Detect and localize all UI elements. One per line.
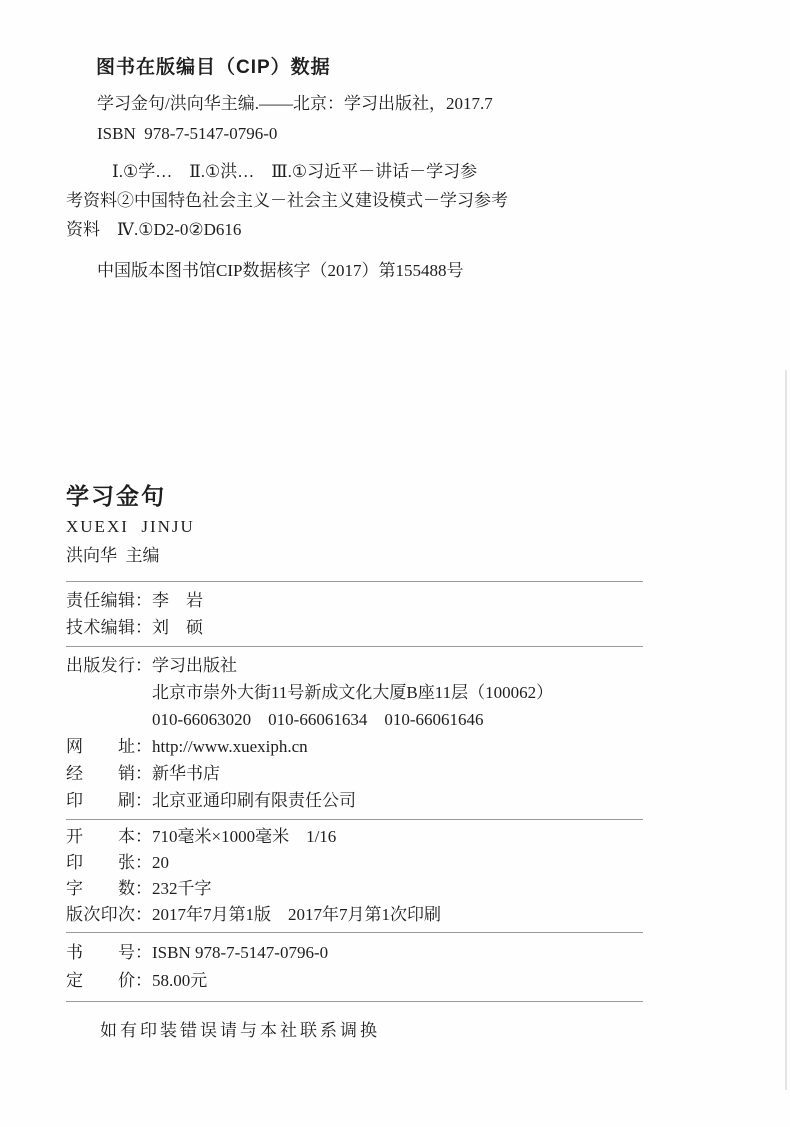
cip-class-line-3: 资料 Ⅳ.①D2-0②D616 (66, 215, 790, 244)
info-row-format: 开本：710毫米×1000毫米 1/16 (66, 824, 790, 850)
label-colon: ： (135, 587, 152, 614)
info-value: 新华书店 (152, 764, 220, 783)
info-row-technical-editor: 技术编辑：刘 硕 (66, 614, 790, 641)
info-label: 责任编辑 (66, 587, 135, 614)
chief-editor: 洪向华 主编 (66, 543, 790, 569)
info-value: 58.00元 (152, 971, 207, 990)
title-block: 学习金句 XUEXI JINJU 洪向华 主编 (66, 481, 790, 569)
info-row-word-count: 字数：232千字 (66, 876, 790, 902)
label-colon: ： (135, 614, 152, 641)
info-value: 232千字 (152, 879, 212, 898)
info-row-website: 网址：http://www.xuexiph.cn (66, 733, 790, 760)
scan-edge-line (785, 370, 787, 1090)
info-value: 北京亚通印刷有限责任公司 (152, 791, 356, 810)
divider-line (66, 1001, 643, 1002)
info-row-publisher-phones: 010-66063020 010-66061634 010-66061646 (66, 706, 790, 733)
book-title-pinyin: XUEXI JINJU (66, 515, 790, 539)
publisher-section: 出版发行：学习出版社 北京市崇外大街11号新成文化大厦B座11层（100062）… (66, 647, 790, 819)
misprint-exchange-note: 如有印装错误请与本社联系调换 (100, 1016, 790, 1041)
printing-specs-section: 开本：710毫米×1000毫米 1/16 印张：20 字数：232千字 版次印次… (66, 820, 790, 932)
info-row-printer: 印刷：北京亚通印刷有限责任公司 (66, 787, 790, 814)
label-colon: ： (135, 967, 152, 995)
info-value: 北京市崇外大街11号新成文化大厦B座11层（100062） (152, 683, 553, 702)
info-label: 定价 (66, 967, 135, 995)
info-value-url: http://www.xuexiph.cn (152, 737, 308, 756)
label-colon: ： (135, 876, 152, 902)
label-colon: ： (135, 760, 152, 787)
label-colon: ： (135, 850, 152, 876)
info-label: 出版发行 (66, 652, 135, 679)
info-label: 书号 (66, 939, 135, 967)
cip-block: 图书在版编目（CIP）数据 学习金句/洪向华主编.——北京：学习出版社，2017… (66, 0, 790, 281)
info-label: 字数 (66, 876, 135, 902)
info-row-isbn: 书号：ISBN 978-7-5147-0796-0 (66, 939, 790, 967)
info-value: 李 岩 (152, 591, 203, 610)
label-colon: ： (135, 824, 152, 850)
info-value: 刘 硕 (152, 618, 203, 637)
info-value: 2017年7月第1版 2017年7月第1次印刷 (152, 905, 441, 924)
cip-heading: 图书在版编目（CIP）数据 (96, 52, 790, 79)
cip-title-line: 学习金句/洪向华主编.——北京：学习出版社，2017.7 (97, 89, 790, 119)
label-colon: ： (135, 652, 152, 679)
info-row-price: 定价：58.00元 (66, 967, 790, 995)
isbn-price-section: 书号：ISBN 978-7-5147-0796-0 定价：58.00元 (66, 933, 790, 1001)
info-label: 版次印次 (66, 902, 135, 928)
info-value: 学习出版社 (152, 656, 237, 675)
info-row-distributor: 经销：新华书店 (66, 760, 790, 787)
info-label: 印刷 (66, 787, 135, 814)
label-colon: ： (135, 733, 152, 760)
info-label: 经销 (66, 760, 135, 787)
info-row-edition: 版次印次：2017年7月第1版 2017年7月第1次印刷 (66, 902, 790, 928)
info-label: 技术编辑 (66, 614, 135, 641)
label-colon: ： (135, 787, 152, 814)
info-row-publisher: 出版发行：学习出版社 (66, 652, 790, 679)
book-title: 学习金句 (66, 481, 790, 511)
info-value: 20 (152, 853, 169, 872)
cip-class-line-1: Ⅰ.①学… Ⅱ.①洪… Ⅲ.①习近平－讲话－学习参 (112, 157, 790, 186)
info-row-publisher-address: 北京市崇外大街11号新成文化大厦B座11层（100062） (66, 679, 790, 706)
info-value: 710毫米×1000毫米 1/16 (152, 827, 336, 846)
label-colon: ： (135, 939, 152, 967)
info-row-sheets: 印张：20 (66, 850, 790, 876)
info-label: 印张 (66, 850, 135, 876)
info-label: 开本 (66, 824, 135, 850)
info-label: 网址 (66, 733, 135, 760)
info-value: ISBN 978-7-5147-0796-0 (152, 943, 328, 962)
editors-section: 责任编辑：李 岩 技术编辑：刘 硕 (66, 582, 790, 646)
cip-class-line-2: 考资料②中国特色社会主义－社会主义建设模式－学习参考 (66, 186, 790, 215)
cip-isbn-line: ISBN 978-7-5147-0796-0 (97, 119, 790, 149)
info-row-responsible-editor: 责任编辑：李 岩 (66, 587, 790, 614)
info-value: 010-66063020 010-66061634 010-66061646 (152, 710, 483, 729)
copyright-page: 图书在版编目（CIP）数据 学习金句/洪向华主编.——北京：学习出版社，2017… (0, 0, 790, 1127)
label-colon: ： (135, 902, 152, 928)
cip-record-number: 中国版本图书馆CIP数据核字（2017）第155488号 (97, 256, 790, 281)
